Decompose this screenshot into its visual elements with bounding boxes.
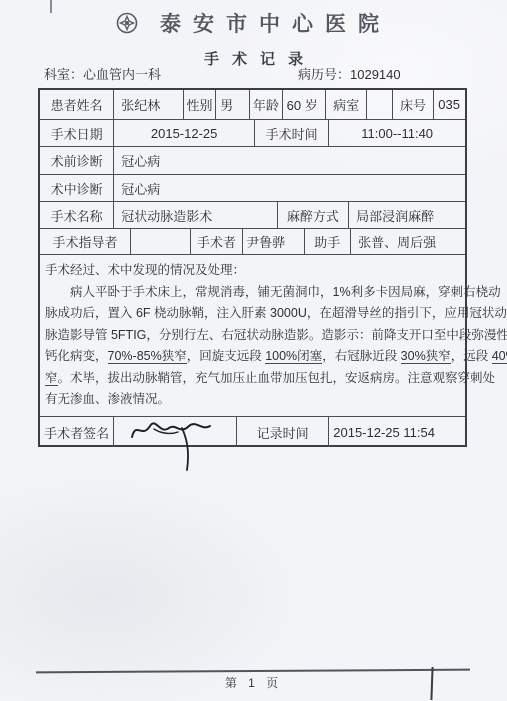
narrative-text: 钙化病变， (45, 349, 108, 363)
intraop-diagnosis-label: 术中诊断 (40, 175, 114, 201)
record-number-value: 1029140 (350, 67, 401, 82)
signer-label: 手术者签名 (40, 417, 114, 447)
operation-name-label: 手术名称 (40, 202, 114, 228)
narrative-text: 脉造影导管 5FTIG，分别行左、右冠状动脉造影。造影示：前降支开口至中段弥漫性 (45, 328, 507, 342)
narrative-lines: 病人平卧于手术床上，常规消毒，铺无菌洞巾，1%利多卡因局麻，穿刺右桡动脉成功后，… (45, 282, 462, 411)
narrative-text: 有无渗血、渗液情况。 (45, 392, 170, 406)
surgery-date-label: 手术日期 (40, 120, 114, 146)
surgeon-label: 手术者 (191, 229, 243, 254)
narrative-line: 有无渗血、渗液情况。 (45, 389, 462, 411)
ward-value (367, 90, 393, 119)
narrative-line: 窄。术毕，拔出动脉鞘管，充气加压止血带加压包扎，安返病房。注意观察穿刺处 (45, 368, 462, 390)
table-row-preop-diagnosis: 术前诊断 冠心病 (40, 147, 465, 175)
hospital-name: 泰安市中心医院 (148, 8, 391, 38)
signature-cell (114, 417, 237, 447)
narrative-text: ，回旋支远段 (187, 349, 265, 363)
assistant-value: 张普、周后强 (351, 229, 465, 254)
narrative-heading: 手术经过、术中发现的情况及处理： (45, 260, 462, 282)
assistant-label: 助手 (305, 229, 352, 254)
bed-value: 035 (434, 90, 465, 119)
narrative-line: 脉成功后，置入 6F 桡动脉鞘，注入肝素 3000U，在超滑导丝的指引下，应用冠… (45, 303, 462, 325)
narrative-text: 脉成功后，置入 6F 桡动脉鞘，注入肝素 3000U，在超滑导丝的指引下，应用冠… (45, 306, 507, 320)
surgeon-value: 尹鲁骅 (243, 229, 304, 254)
patient-name-value: 张纪林 (114, 90, 183, 119)
surgery-time-value: 11:00--11:40 (329, 120, 465, 146)
surgery-date-value: 2015-12-25 (114, 120, 255, 146)
table-row-signature: 手术者签名 记录时间 2015-12-25 11:54 (40, 417, 465, 447)
operation-name-value: 冠状动脉造影术 (114, 202, 277, 228)
age-value: 60 岁 (283, 90, 327, 119)
patient-name-label: 患者姓名 (40, 90, 114, 119)
ward-label: 病室 (326, 90, 367, 119)
table-row-narrative: 手术经过、术中发现的情况及处理： 病人平卧于手术床上，常规消毒，铺无菌洞巾，1%… (40, 255, 465, 417)
bed-label: 床号 (393, 90, 435, 119)
director-label: 手术指导者 (40, 229, 131, 254)
table-row-schedule: 手术日期 2015-12-25 手术时间 11:00--11:40 (40, 120, 465, 147)
record-number-field: 病历号：1029140 (298, 64, 401, 83)
table-row-intraop-diagnosis: 术中诊断 冠心病 (40, 175, 465, 202)
record-time-value: 2015-12-25 11:54 (329, 417, 465, 447)
hospital-emblem-icon (116, 12, 138, 34)
narrative-line: 病人平卧于手术床上，常规消毒，铺无菌洞巾，1%利多卡因局麻，穿刺右桡动 (45, 282, 462, 304)
narrative-line: 脉造影导管 5FTIG，分别行左、右冠状动脉造影。造影示：前降支开口至中段弥漫性 (45, 325, 462, 347)
underlined-finding: 窄 (45, 371, 58, 386)
scanned-surgery-record-page: 泰安市中心医院 手术记录 科室：心血管内一科 病历号：1029140 患者姓名 … (0, 0, 507, 701)
underlined-finding: 70%-85%狭窄 (108, 349, 187, 364)
preop-diagnosis-label: 术前诊断 (40, 147, 114, 174)
anesthesia-value: 局部浸润麻醉 (349, 202, 465, 228)
narrative-line: 钙化病变，70%-85%狭窄，回旋支远段 100%闭塞，右冠脉近段 30%狭窄，… (45, 346, 462, 368)
table-row-patient: 患者姓名 张纪林 性别 男 年龄 60 岁 病室 床号 035 (40, 90, 465, 120)
director-value (131, 229, 190, 254)
footer-rule (36, 669, 470, 673)
surgery-time-label: 手术时间 (255, 120, 329, 146)
narrative-text: ，远段 (451, 349, 492, 363)
narrative-text: 。术毕，拔出动脉鞘管，充气加压止血带加压包扎，安返病房。注意观察穿刺处 (58, 371, 496, 385)
surgery-record-table: 患者姓名 张纪林 性别 男 年龄 60 岁 病室 床号 035 手术日期 201… (38, 88, 467, 447)
age-label: 年龄 (250, 90, 283, 119)
record-number-label: 病历号： (298, 67, 350, 82)
preop-diagnosis-value: 冠心病 (114, 147, 465, 174)
department-value: 心血管内一科 (83, 67, 161, 82)
anesthesia-label: 麻醉方式 (278, 202, 349, 228)
underlined-finding: 100%闭塞 (265, 349, 322, 364)
intraop-diagnosis-value: 冠心病 (114, 175, 465, 201)
record-time-label: 记录时间 (237, 417, 329, 447)
gender-label: 性别 (184, 90, 217, 119)
gender-value: 男 (216, 90, 250, 119)
document-header: 泰安市中心医院 手术记录 (0, 8, 507, 69)
handwritten-signature-scribble (126, 415, 226, 449)
narrative-cell: 手术经过、术中发现的情况及处理： 病人平卧于手术床上，常规消毒，铺无菌洞巾，1%… (40, 255, 469, 416)
underlined-finding: 40%狭 (492, 349, 507, 364)
underlined-finding: 30%狭窄 (401, 349, 451, 364)
narrative-text: ，右冠脉近段 (322, 349, 400, 363)
table-row-staff: 手术指导者 手术者 尹鲁骅 助手 张普、周后强 (40, 229, 465, 255)
table-row-operation: 手术名称 冠状动脉造影术 麻醉方式 局部浸润麻醉 (40, 202, 465, 229)
narrative-text: 病人平卧于手术床上，常规消毒，铺无菌洞巾，1%利多卡因局麻，穿刺右桡动 (70, 285, 501, 299)
department-field: 科室：心血管内一科 (44, 64, 161, 83)
department-label: 科室： (44, 67, 83, 82)
